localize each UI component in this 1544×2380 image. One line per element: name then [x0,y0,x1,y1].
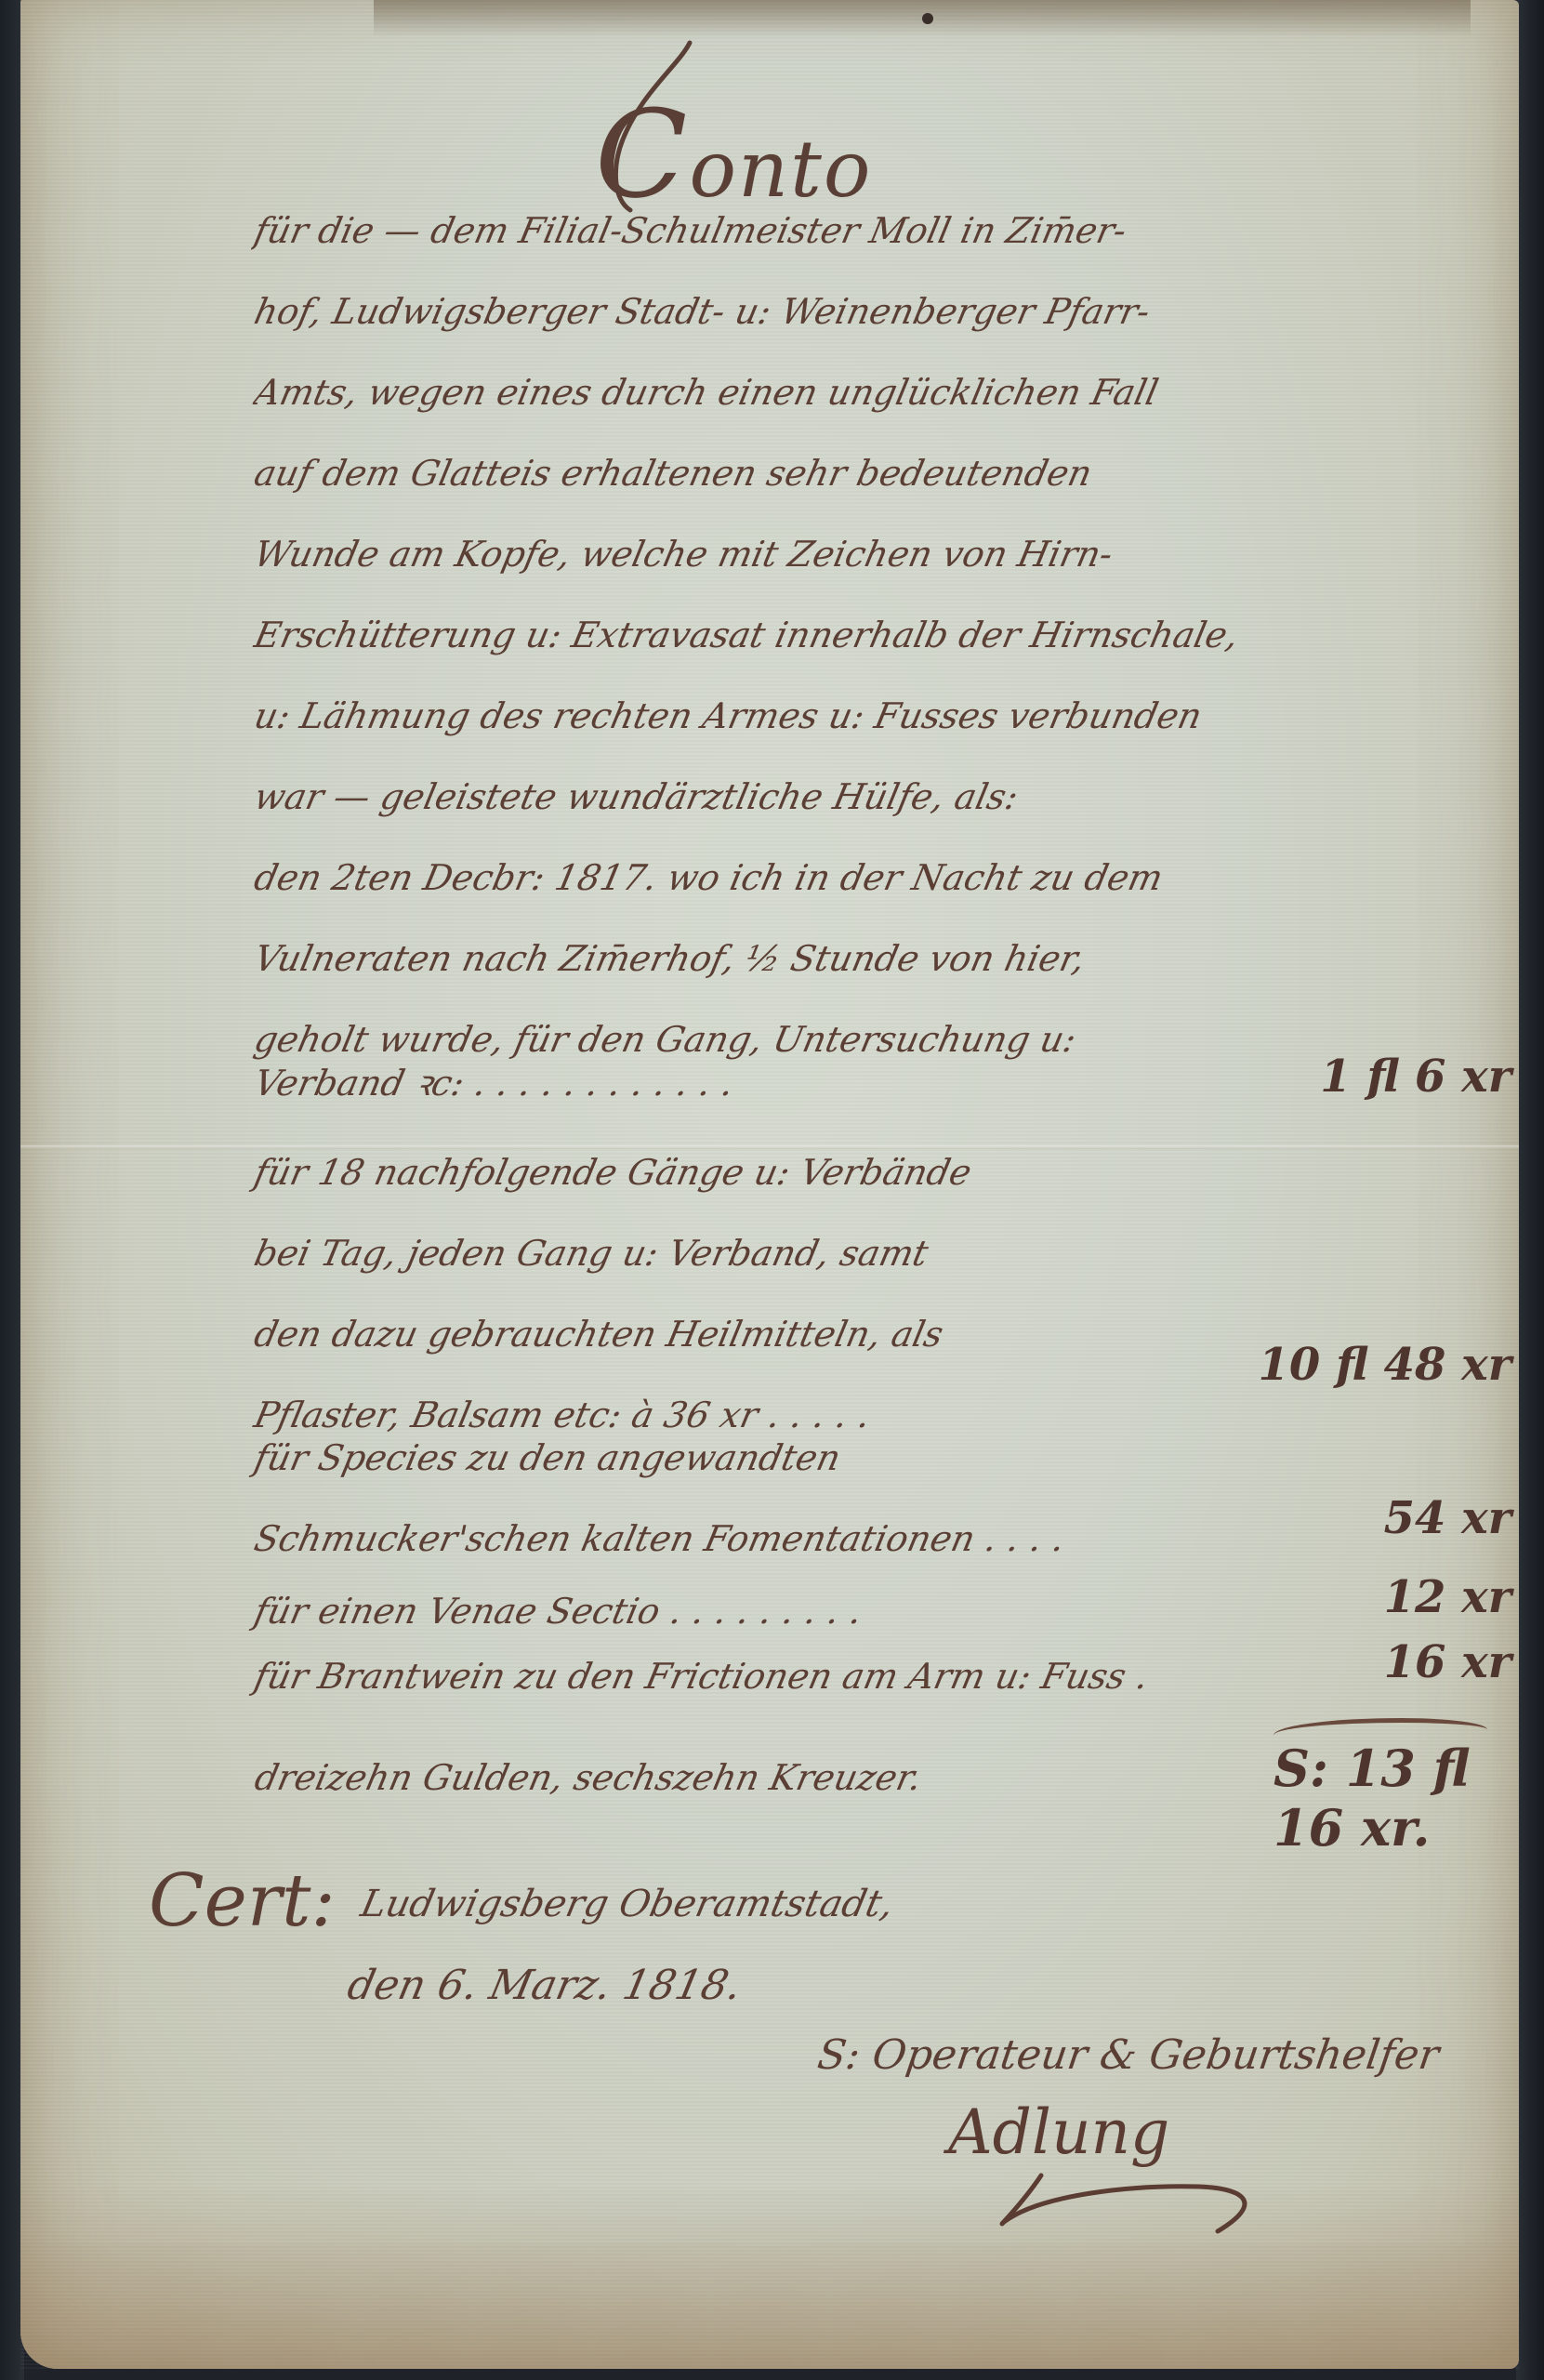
item-description: Schmucker'schen kalten Fomentationen . .… [246,1499,1527,1580]
invoice-item: für Species zu den angewandten Schmucker… [246,1418,1511,1580]
certification-date: den 6. Marz. 1818. [344,1962,746,2009]
item-amount: 54 xr [1384,1492,1511,1544]
item-description: für Brantwein zu den Frictionen am Arm u… [246,1636,1527,1717]
item-description: für Species zu den angewandten [246,1418,1527,1499]
text-line: war — geleistete wundärztliche Hülfe, al… [246,757,1527,838]
item-description: bei Tag, jeden Gang u: Verband, samt [246,1213,1527,1294]
text-line: hof, Ludwigsberger Stadt- u: Weinenberge… [246,271,1527,352]
certification-line: Cert: Ludwigsberg Oberamtstadt, [149,1859,893,1943]
text-line: Wunde am Kopfe, welche mit Zeichen von H… [246,514,1527,595]
invoice-item: für Brantwein zu den Frictionen am Arm u… [246,1636,1511,1717]
item-amount: 1 fl 6 xr [1320,1051,1511,1103]
signature: Adlung [948,2096,1169,2168]
text-line: auf dem Glatteis erhaltenen sehr bedeute… [246,433,1527,514]
total-amount: S: 13 fl 16 xr. [1273,1739,1544,1858]
bottom-edge-stain [20,2183,1519,2369]
certification-abbreviation: Cert: [149,1859,336,1943]
item-amount: 16 xr [1384,1636,1511,1688]
signer-title: S: Operateur & Geburtshelfer [814,2031,1442,2079]
text-line: den 2ten Decbr: 1817. wo ich in der Nach… [246,838,1527,919]
text-line: Vulneraten nach Zim̄erhof, ½ Stunde von … [246,919,1527,999]
text-line: u: Lähmung des rechten Armes u: Fusses v… [246,676,1527,757]
text-line: für die — dem Filial-Schulmeister Moll i… [246,191,1527,271]
text-line: Erschütterung u: Extravasat innerhalb de… [246,595,1527,676]
total-in-words: dreizehn Gulden, sechszehn Kreuzer. [251,1757,925,1798]
invoice-preamble: für die — dem Filial-Schulmeister Moll i… [246,191,1511,1080]
item-amount: 12 xr [1384,1571,1511,1623]
invoice-item: für 18 nachfolgende Gänge u: Verbände be… [246,1132,1511,1456]
certification-place: Ludwigsberg Oberamtstadt, [358,1883,898,1925]
item-description: für 18 nachfolgende Gänge u: Verbände [246,1132,1527,1213]
ink-blot [922,13,933,24]
item-amount: 10 fl 48 xr [1258,1339,1511,1391]
text-line: Amts, wegen eines durch einen unglücklic… [246,352,1527,433]
signature-flourish-icon [985,2166,1283,2241]
